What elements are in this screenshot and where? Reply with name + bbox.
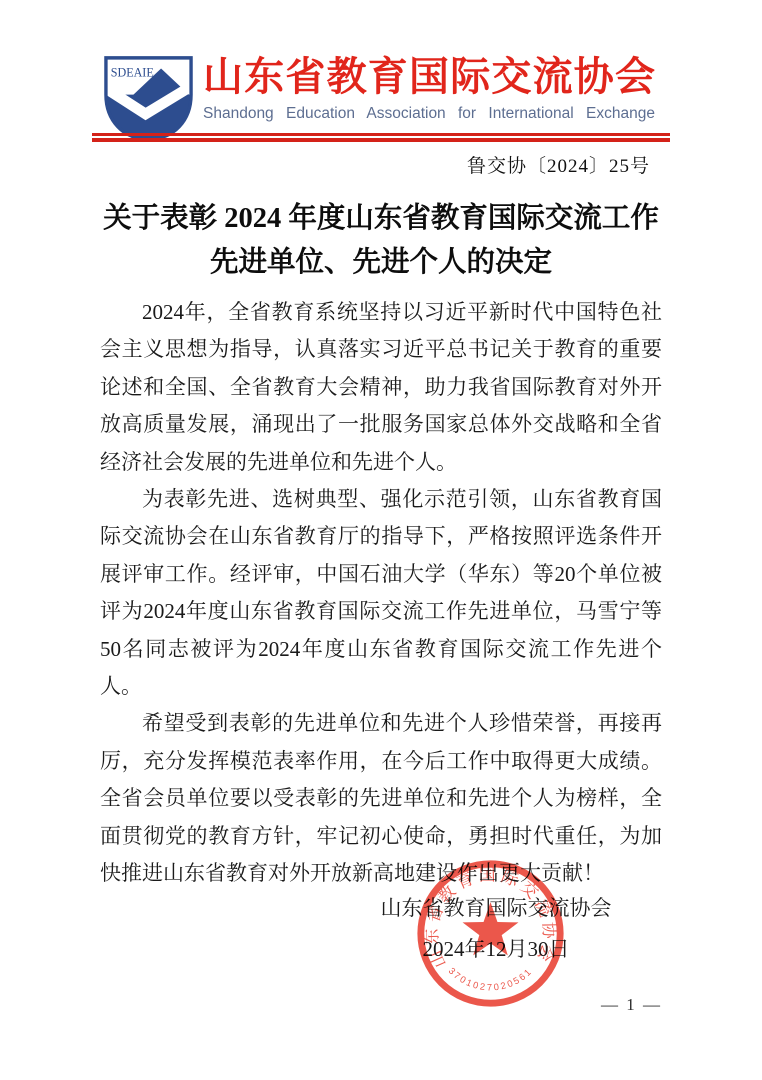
logo-acronym: SDEAIE xyxy=(111,65,154,79)
page-number: — 1 — xyxy=(601,995,662,1015)
org-name-english: Shandong Education Association for Inter… xyxy=(203,105,655,123)
seal-number: 3701027020561 xyxy=(447,966,535,993)
document-number: 鲁交协〔2024〕25号 xyxy=(467,151,650,178)
signature-date: 2024年12月30日 xyxy=(376,934,616,964)
document-title-line1: 关于表彰 2024 年度山东省教育国际交流工作 xyxy=(103,203,659,234)
signature-block: 山东省教育国际交流协会 2024年12月30日 xyxy=(376,893,616,964)
org-name-chinese: 山东省教育国际交流协会 xyxy=(203,54,655,100)
header-divider xyxy=(92,133,670,142)
association-logo: SDEAIE xyxy=(100,54,197,143)
document-page: SDEAIE 山东省教育国际交流协会 Shandong Education As… xyxy=(0,0,762,1080)
body-paragraph: 希望受到表彰的先进单位和先进个人珍惜荣誉，再接再厉，充分发挥模范表率作用，在今后… xyxy=(100,705,662,892)
document-title-line2: 先进单位、先进个人的决定 xyxy=(210,247,552,278)
signature-organization: 山东省教育国际交流协会 xyxy=(376,893,616,923)
document-title: 关于表彰 2024 年度山东省教育国际交流工作 先进单位、先进个人的决定 xyxy=(100,197,662,285)
divider-thick-line xyxy=(92,138,670,142)
document-body: 2024年，全省教育系统坚持以习近平新时代中国特色社会主义思想为指导，认真落实习… xyxy=(100,294,662,893)
body-paragraph: 2024年，全省教育系统坚持以习近平新时代中国特色社会主义思想为指导，认真落实习… xyxy=(100,294,662,481)
body-paragraph: 为表彰先进、选树典型、强化示范引领，山东省教育国际交流协会在山东省教育厅的指导下… xyxy=(100,481,662,705)
